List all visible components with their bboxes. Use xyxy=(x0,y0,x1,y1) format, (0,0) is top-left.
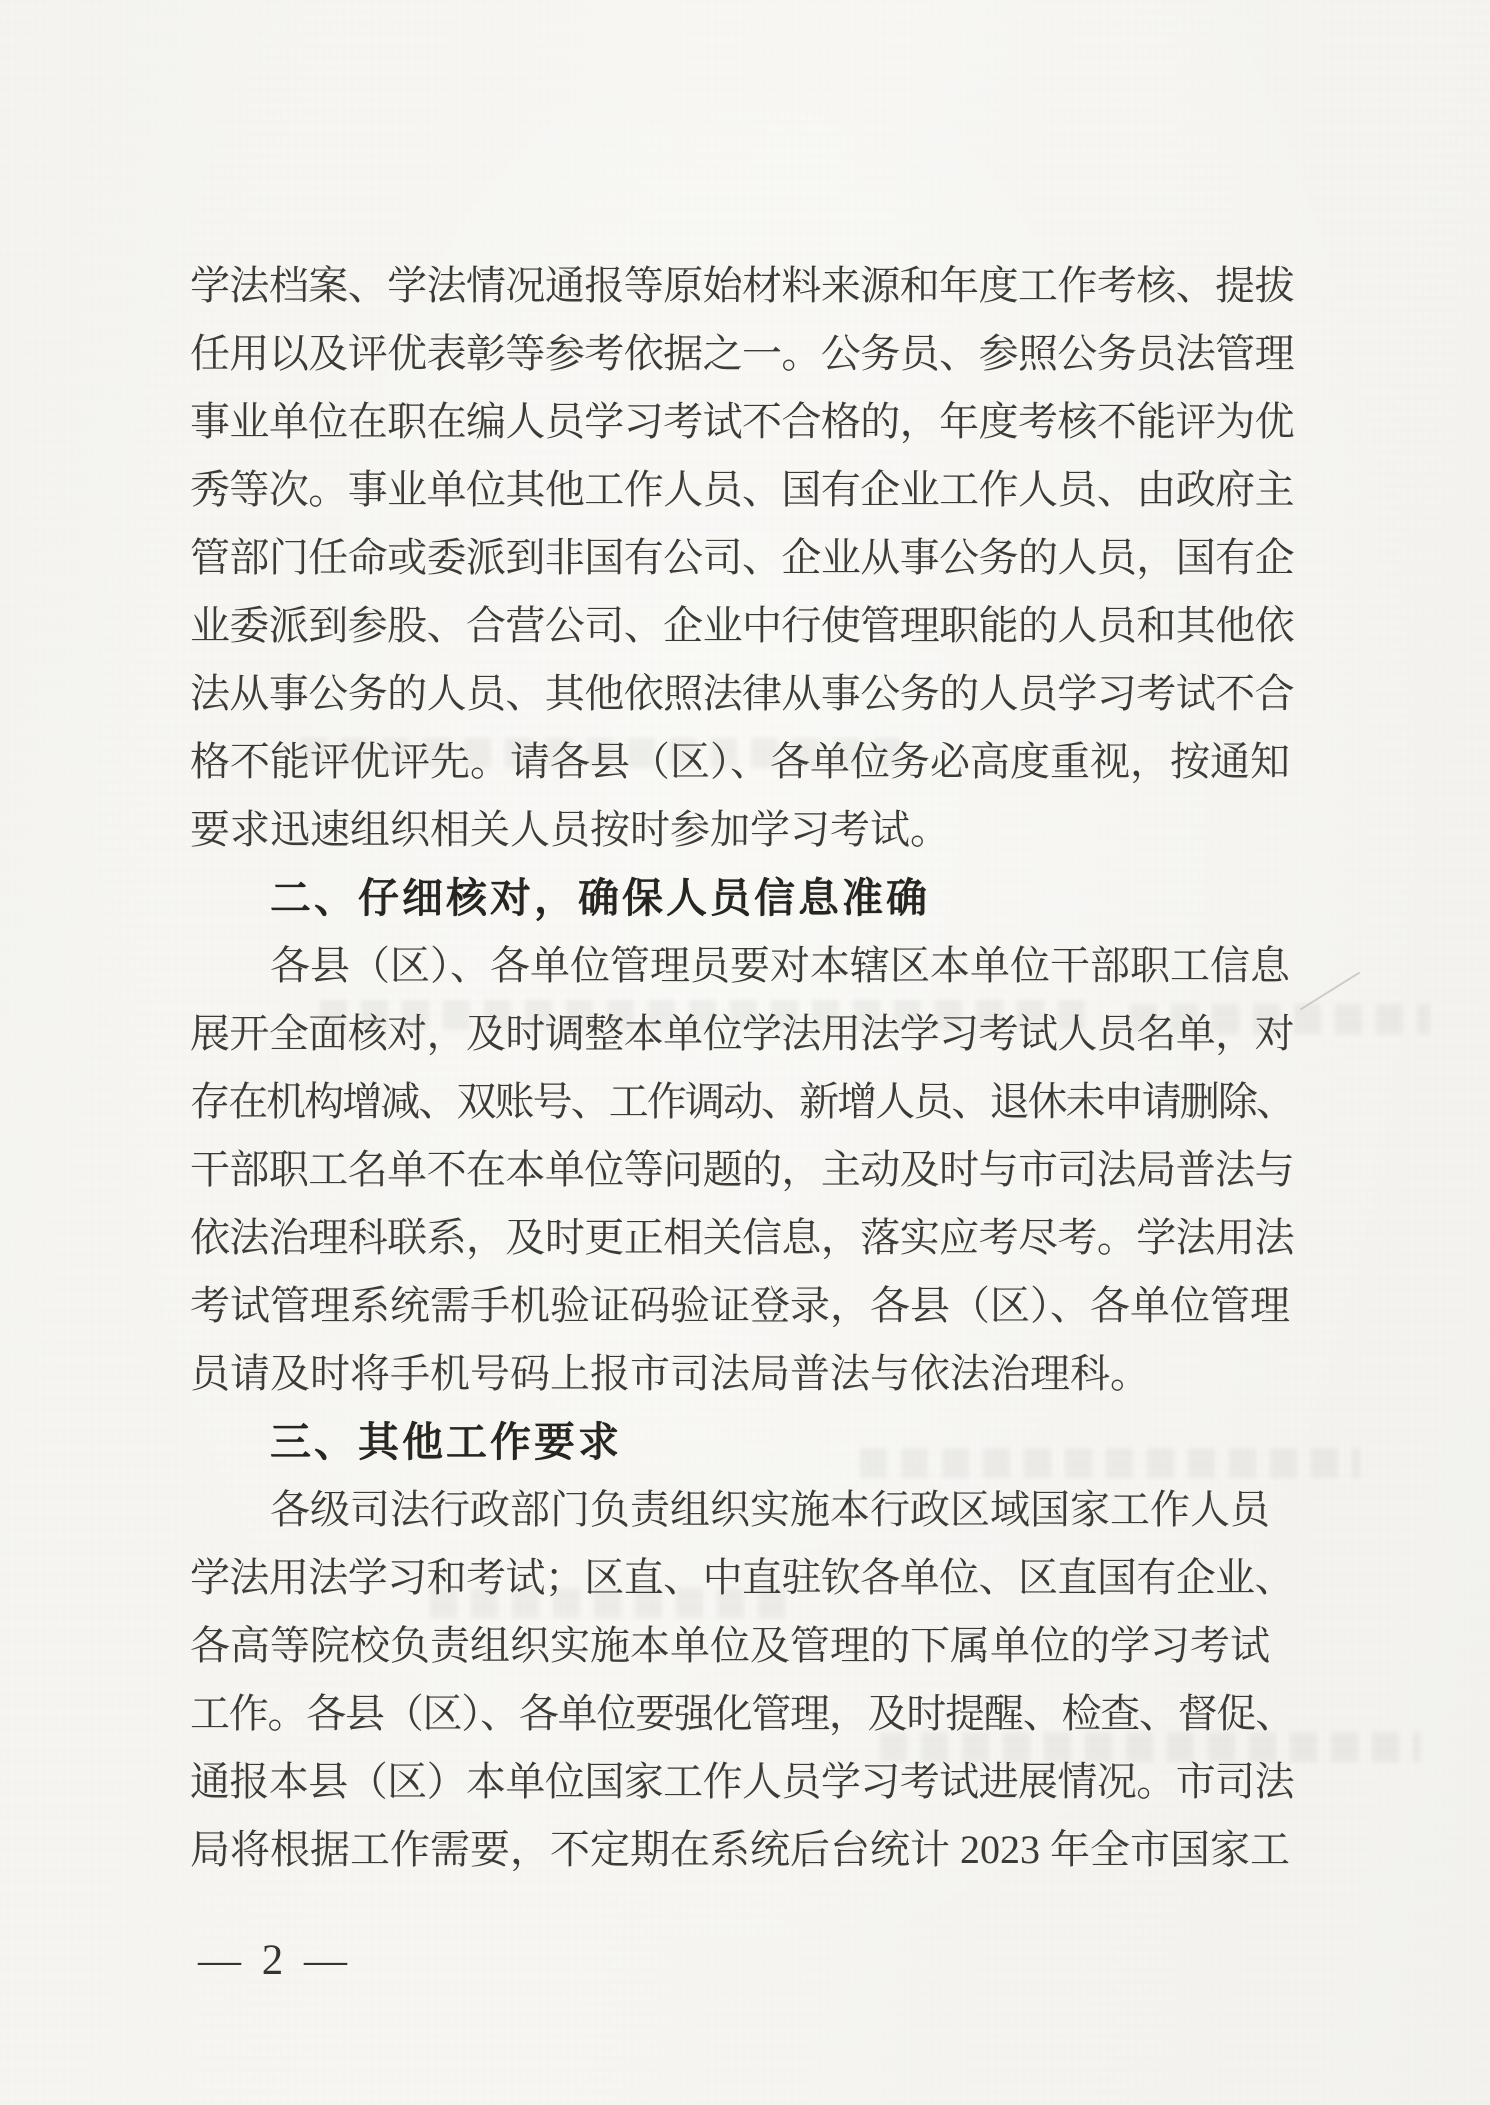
section-heading: 二、仔细核对，确保人员信息准确 xyxy=(190,864,1294,932)
page-number-text: — 2 — xyxy=(198,1937,352,1984)
text-line: 通报本县（区）本单位国家工作人员学习考试进展情况。市司法 xyxy=(190,1748,1294,1816)
text-line: 工作。各县（区）、各单位要强化管理，及时提醒、检查、督促、 xyxy=(190,1680,1294,1748)
text-line: 存在机构增减、双账号、工作调动、新增人员、退休未申请删除、 xyxy=(190,1068,1294,1136)
paper-crease xyxy=(1300,972,1360,1011)
text-line: 法从事公务的人员、其他依照法律从事公务的人员学习考试不合 xyxy=(190,660,1294,728)
text-line: 局将根据工作需要，不定期在系统后台统计 2023 年全市国家工 xyxy=(190,1816,1294,1884)
text-line: 各级司法行政部门负责组织实施本行政区域国家工作人员 xyxy=(190,1476,1294,1544)
text-line: 考试管理系统需手机验证码验证登录，各县（区）、各单位管理 xyxy=(190,1272,1294,1340)
text-line: 管部门任命或委派到非国有公司、企业从事公务的人员，国有企 xyxy=(190,524,1294,592)
text-line: 展开全面核对，及时调整本单位学法用法学习考试人员名单，对 xyxy=(190,1000,1294,1068)
text-line: 依法治理科联系，及时更正相关信息，落实应考尽考。学法用法 xyxy=(190,1204,1294,1272)
text-line: 要求迅速组织相关人员按时参加学习考试。 xyxy=(190,796,1294,864)
scanned-document-page: 学法档案、学法情况通报等原始材料来源和年度工作考核、提拔任用以及评优表彰等参考依… xyxy=(0,0,1490,2105)
text-line: 干部职工名单不在本单位等问题的，主动及时与市司法局普法与 xyxy=(190,1136,1294,1204)
document-content: 学法档案、学法情况通报等原始材料来源和年度工作考核、提拔任用以及评优表彰等参考依… xyxy=(190,252,1294,1884)
text-line: 事业单位在职在编人员学习考试不合格的，年度考核不能评为优 xyxy=(190,388,1294,456)
text-line: 业委派到参股、合营公司、企业中行使管理职能的人员和其他依 xyxy=(190,592,1294,660)
section-heading: 三、其他工作要求 xyxy=(190,1408,1294,1476)
text-line: 任用以及评优表彰等参考依据之一。公务员、参照公务员法管理 xyxy=(190,320,1294,388)
page-number: — 2 — xyxy=(198,1936,352,1985)
text-line: 员请及时将手机号码上报市司法局普法与依法治理科。 xyxy=(190,1340,1294,1408)
text-line: 学法用法学习和考试；区直、中直驻钦各单位、区直国有企业、 xyxy=(190,1544,1294,1612)
text-line: 秀等次。事业单位其他工作人员、国有企业工作人员、由政府主 xyxy=(190,456,1294,524)
text-line: 学法档案、学法情况通报等原始材料来源和年度工作考核、提拔 xyxy=(190,252,1294,320)
text-line: 各高等院校负责组织实施本单位及管理的下属单位的学习考试 xyxy=(190,1612,1294,1680)
text-line: 格不能评优评先。请各县（区）、各单位务必高度重视，按通知 xyxy=(190,728,1294,796)
text-line: 各县（区）、各单位管理员要对本辖区本单位干部职工信息 xyxy=(190,932,1294,1000)
